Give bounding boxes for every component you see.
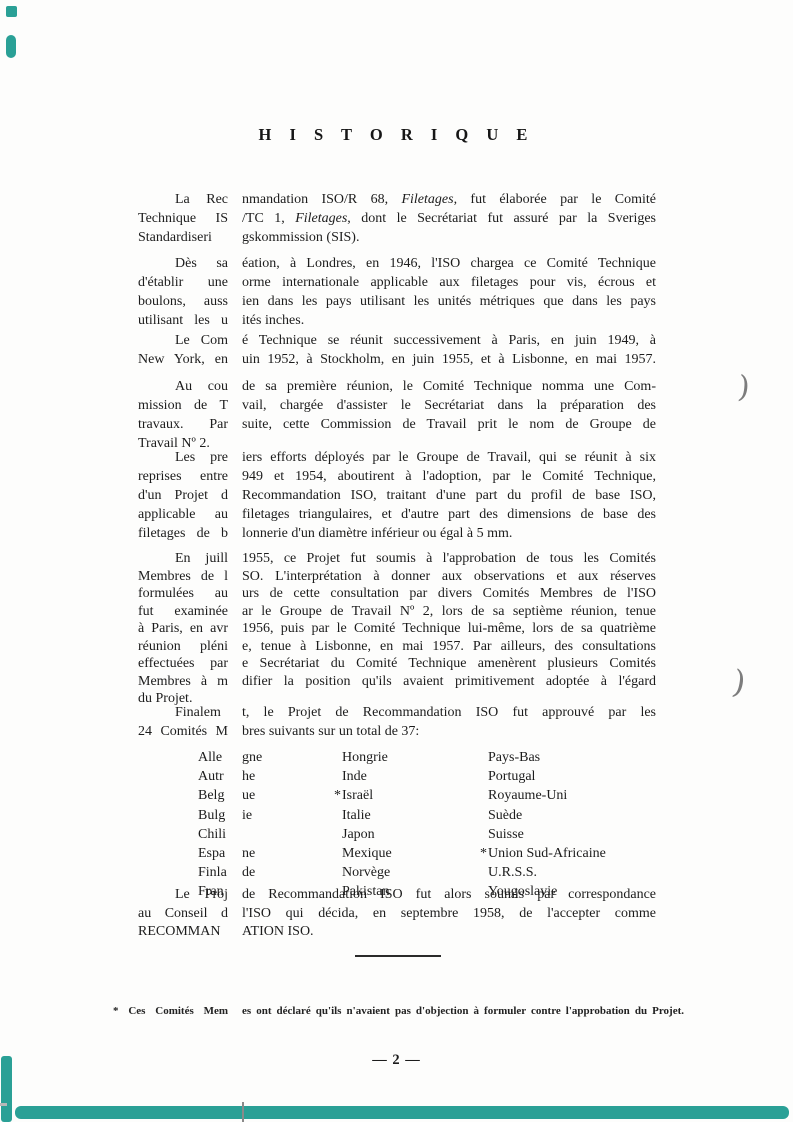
member-list-row: EspaneMexique*Union Sud-Africaine [138, 844, 656, 863]
country-name-left-fragment: Belg [198, 786, 224, 805]
scan-gap-strip [228, 182, 242, 1030]
scan-crease-mark-upper: ) [736, 369, 751, 405]
paragraph: Les preiers efforts déployés par le Grou… [138, 448, 656, 543]
text-line: fut examinéear le Groupe de Travail Nº 2… [138, 603, 656, 621]
line-left-fragment: reprises entre [138, 467, 228, 486]
line-left-fragment: formulées au [138, 585, 228, 603]
line-right-fragment: uin 1952, à Stockholm, en juin 1955, et … [242, 350, 656, 369]
page-title: H I S T O R I Q U E [0, 125, 793, 145]
italic-text: Filetages [295, 211, 347, 226]
text-line: formulées auurs de cette consultation pa… [138, 585, 656, 603]
text-line: effectuées pare Secrétariat du Comité Te… [138, 655, 656, 673]
line-left-fragment: Standardiseri [138, 228, 228, 247]
line-left-fragment: Technique IS [138, 209, 228, 228]
line-left-fragment: La Rec [175, 190, 228, 209]
text-line: Les preiers efforts déployés par le Grou… [138, 448, 656, 467]
paragraph: Le Comé Technique se réunit successiveme… [138, 331, 656, 369]
line-right-fragment: lonnerie d'un diamètre inférieur ou égal… [242, 524, 656, 543]
member-list-row: ChiliJaponSuisse [138, 825, 656, 844]
country-name: Suisse [488, 825, 524, 844]
text-line: d'établir uneorme internationale applica… [138, 273, 656, 292]
line-right-fragment: difier la position qu'ils avaient primit… [242, 673, 656, 691]
line-left-fragment: New York, en [138, 350, 228, 369]
member-list-row: FranPakistanYougoslavie [138, 882, 656, 901]
text-line: Finalemt, le Projet de Recommandation IS… [138, 703, 656, 722]
country-name-left-fragment: Alle [198, 748, 222, 767]
country-name-left-fragment: Finla [198, 863, 227, 882]
line-left-fragment: Membres de l [138, 568, 228, 586]
line-right-fragment: ien dans les pays utilisant les unités m… [242, 292, 656, 311]
text-line: au Conseil dl'ISO qui décida, en septemb… [138, 905, 656, 924]
line-right-fragment: l'ISO qui décida, en septembre 1958, de … [242, 905, 656, 924]
scan-edge-strip-bottom [15, 1106, 789, 1119]
member-list-row: AllegneHongriePays-Bas [138, 748, 656, 767]
member-country-list: AllegneHongriePays-BasAutrheIndePortugal… [138, 748, 656, 902]
footnote: * Ces Comités Mem es ont déclaré qu'ils … [138, 1005, 698, 1017]
line-right-fragment: e, tenue à Lisbonne, en mai 1957. Par ai… [242, 638, 656, 656]
line-right-fragment: urs de cette consultation par divers Com… [242, 585, 656, 603]
country-name: *Israël [342, 786, 373, 805]
line-right-fragment: suite, cette Commission de Travail prit … [242, 415, 656, 434]
line-right-fragment: Recommandation ISO, traitant d'une part … [242, 486, 656, 505]
country-name: *Union Sud-Africaine [488, 844, 606, 863]
country-name-left-fragment: Fran [198, 882, 224, 901]
country-name-right-fragment: gne [242, 748, 262, 767]
line-right-fragment: SO. L'interprétation à donner aux observ… [242, 568, 656, 586]
line-right-fragment: bres suivants sur un total de 37: [242, 722, 656, 741]
country-name: Japon [342, 825, 375, 844]
page-number: — 2 — [0, 1052, 793, 1069]
line-left-fragment: au Conseil d [138, 905, 228, 924]
member-list-row: Belgue*IsraëlRoyaume-Uni [138, 786, 656, 805]
text-line: Technique IS/TC 1, Filetages, dont le Se… [138, 209, 656, 228]
line-left-fragment: à Paris, en avr [138, 620, 228, 638]
line-left-fragment: boulons, auss [138, 292, 228, 311]
text-line: En juill1955, ce Projet fut soumis à l'a… [138, 550, 656, 568]
text-line: reprises entre949 et 1954, aboutirent à … [138, 467, 656, 486]
line-left-fragment: utilisant les u [138, 311, 228, 330]
paragraph: La Recnmandation ISO/R 68, Filetages, fu… [138, 190, 656, 247]
text-line: boulons, aussien dans les pays utilisant… [138, 292, 656, 311]
line-right-fragment: orme internationale applicable aux filet… [242, 273, 656, 292]
scan-edge-tick [0, 1103, 7, 1106]
document-page: ) ) H I S T O R I Q U E La Recnmandation… [0, 0, 793, 1122]
country-name: Inde [342, 767, 367, 786]
line-left-fragment: Au cou [175, 377, 228, 396]
text-line: RECOMMANATION ISO. [138, 923, 656, 942]
text-line: 24 Comités Mbres suivants sur un total d… [138, 722, 656, 741]
country-name-left-fragment: Autr [198, 767, 224, 786]
text-line: d'un Projet dRecommandation ISO, traitan… [138, 486, 656, 505]
line-left-fragment: applicable au [138, 505, 228, 524]
line-left-fragment: RECOMMAN [138, 923, 228, 942]
text-line: applicable aufiletages triangulaires, et… [138, 505, 656, 524]
line-left-fragment: d'un Projet d [138, 486, 228, 505]
line-left-fragment: Le Com [175, 331, 228, 350]
line-left-fragment: fut examinée [138, 603, 228, 621]
text-line: Le Comé Technique se réunit successiveme… [138, 331, 656, 350]
line-left-fragment: Dès sa [175, 254, 228, 273]
member-list-row: BulgieItalieSuède [138, 806, 656, 825]
line-left-fragment: effectuées par [138, 655, 228, 673]
line-right-fragment: ATION ISO. [242, 923, 656, 942]
line-left-fragment: 24 Comités M [138, 722, 228, 741]
paragraph: Dès saéation, à Londres, en 1946, l'ISO … [138, 254, 656, 330]
country-name: Yougoslavie [488, 882, 557, 901]
text-line: La Recnmandation ISO/R 68, Filetages, fu… [138, 190, 656, 209]
line-right-fragment: 1956, puis par le Comité Technique lui-m… [242, 620, 656, 638]
text-line: Membres de lSO. L'interprétation à donne… [138, 568, 656, 586]
line-right-fragment: 1955, ce Projet fut soumis à l'approbati… [242, 550, 656, 568]
country-name-left-fragment: Espa [198, 844, 225, 863]
country-name-left-fragment: Bulg [198, 806, 225, 825]
country-name-right-fragment: ue [242, 786, 255, 805]
member-list-row: FinladeNorvègeU.R.S.S. [138, 863, 656, 882]
line-left-fragment: d'établir une [138, 273, 228, 292]
country-name-right-fragment: de [242, 863, 255, 882]
country-name: U.R.S.S. [488, 863, 537, 882]
approval-asterisk: * [334, 786, 341, 805]
line-right-fragment: ités inches. [242, 311, 656, 330]
footnote-right-fragment: es ont déclaré qu'ils n'avaient pas d'ob… [242, 1005, 684, 1017]
text-segment: nmandation ISO/R 68, [242, 192, 401, 207]
line-right-fragment: éation, à Londres, en 1946, l'ISO charge… [242, 254, 656, 273]
line-left-fragment: travaux. Par [138, 415, 228, 434]
country-name: Italie [342, 806, 371, 825]
text-segment: , dont le Secrétariat fut assuré par la … [347, 211, 656, 226]
country-name: Suède [488, 806, 522, 825]
text-segment: /TC 1, [242, 211, 295, 226]
line-right-fragment: t, le Projet de Recommandation ISO fut a… [242, 703, 656, 722]
line-right-fragment: nmandation ISO/R 68, Filetages, fut élab… [242, 190, 656, 209]
line-left-fragment: filetages de b [138, 524, 228, 543]
text-line: mission de Tvail, chargée d'assister le … [138, 396, 656, 415]
line-right-fragment: de sa première réunion, le Comité Techni… [242, 377, 656, 396]
scan-fold-line-bottom [242, 1102, 244, 1122]
paragraph: En juill1955, ce Projet fut soumis à l'a… [138, 550, 656, 708]
country-name: Portugal [488, 767, 535, 786]
country-name-left-fragment: Chili [198, 825, 226, 844]
text-line: travaux. Parsuite, cette Commission de T… [138, 415, 656, 434]
approval-asterisk: * [480, 844, 487, 863]
scan-edge-mark-top-left [6, 6, 17, 17]
member-list-row: AutrheIndePortugal [138, 767, 656, 786]
footnote-left-fragment: * Ces Comités Mem [113, 1005, 228, 1017]
paragraph: Au coude sa première réunion, le Comité … [138, 377, 656, 453]
text-line: réunion plénie, tenue à Lisbonne, en mai… [138, 638, 656, 656]
country-name: Norvège [342, 863, 390, 882]
line-right-fragment: vail, chargée d'assister le Secrétariat … [242, 396, 656, 415]
line-left-fragment: Membres à m [138, 673, 228, 691]
text-line: filetages de blonnerie d'un diamètre inf… [138, 524, 656, 543]
text-line: Au coude sa première réunion, le Comité … [138, 377, 656, 396]
text-line: à Paris, en avr1956, puis par le Comité … [138, 620, 656, 638]
line-left-fragment: mission de T [138, 396, 228, 415]
text-line: New York, enuin 1952, à Stockholm, en ju… [138, 350, 656, 369]
line-right-fragment: e Secrétariat du Comité Technique amenèr… [242, 655, 656, 673]
text-line: Standardiserigskommission (SIS). [138, 228, 656, 247]
country-name: Hongrie [342, 748, 388, 767]
line-left-fragment: Les pre [175, 448, 228, 467]
country-name-right-fragment: he [242, 767, 255, 786]
country-name-right-fragment: ie [242, 806, 252, 825]
text-line: Dès saéation, à Londres, en 1946, l'ISO … [138, 254, 656, 273]
line-left-fragment: Finalem [175, 703, 228, 722]
text-segment: , fut élaborée par le Comité [454, 192, 656, 207]
country-name: Mexique [342, 844, 392, 863]
line-left-fragment: En juill [175, 550, 228, 568]
country-name: Pakistan [342, 882, 389, 901]
scan-crease-mark-lower: ) [730, 662, 749, 702]
line-left-fragment: réunion pléni [138, 638, 228, 656]
line-right-fragment: filetages triangulaires, et d'autre part… [242, 505, 656, 524]
line-right-fragment: ar le Groupe de Travail Nº 2, lors de sa… [242, 603, 656, 621]
country-name: Pays-Bas [488, 748, 540, 767]
italic-text: Filetages [401, 192, 453, 207]
paragraph: Finalemt, le Projet de Recommandation IS… [138, 703, 656, 741]
line-right-fragment: /TC 1, Filetages, dont le Secrétariat fu… [242, 209, 656, 228]
line-right-fragment: é Technique se réunit successivement à P… [242, 331, 656, 350]
text-line: utilisant les uités inches. [138, 311, 656, 330]
text-line: Membres à mdifier la position qu'ils ava… [138, 673, 656, 691]
country-name: Royaume-Uni [488, 786, 567, 805]
line-right-fragment: iers efforts déployés par le Groupe de T… [242, 448, 656, 467]
footnote-divider-rule [355, 955, 441, 957]
line-right-fragment: gskommission (SIS). [242, 228, 656, 247]
country-name-right-fragment: ne [242, 844, 255, 863]
line-right-fragment: 949 et 1954, aboutirent à l'adoption, pa… [242, 467, 656, 486]
scan-edge-mark-left [6, 35, 16, 58]
